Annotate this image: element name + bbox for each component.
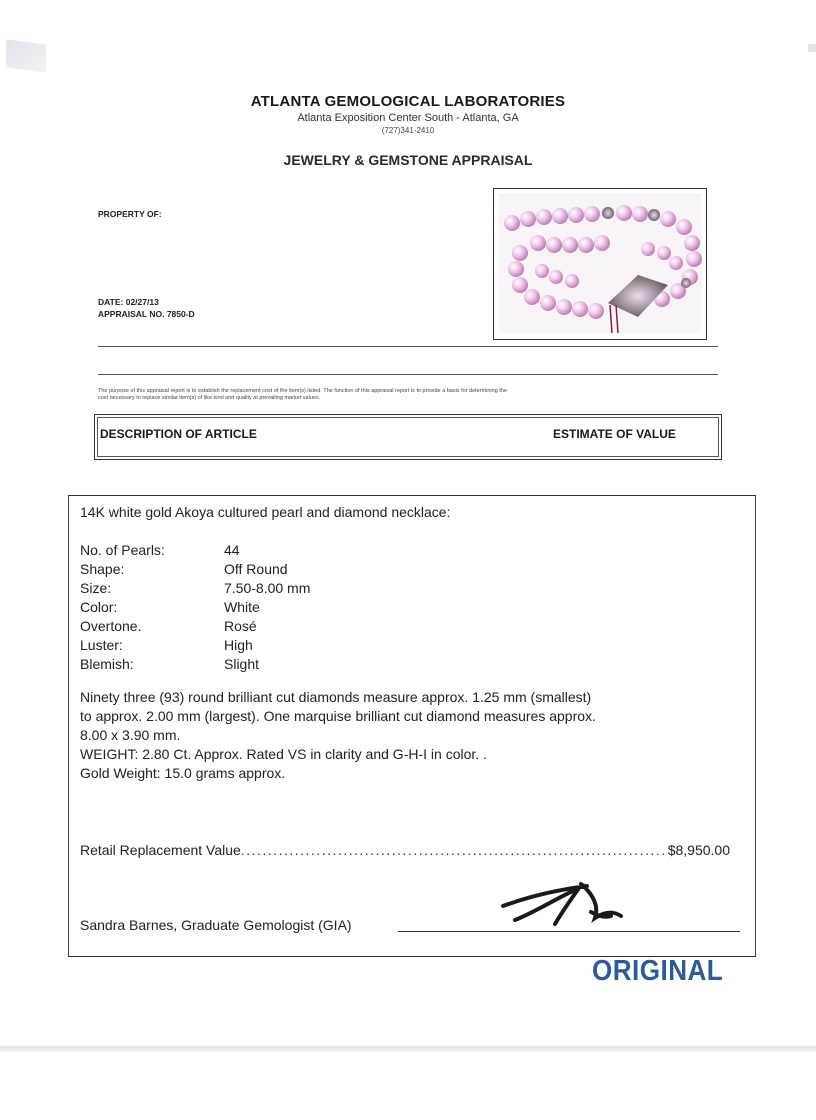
retail-replacement-value: Retail Replacement Value ...............… — [80, 842, 730, 858]
scan-artifact — [808, 44, 816, 52]
appraisal-number-field: APPRAISAL NO. 7850-D — [98, 309, 195, 319]
divider — [98, 374, 718, 375]
spec-value: High — [224, 637, 253, 653]
description-column-header: DESCRIPTION OF ARTICLE — [100, 427, 257, 441]
spec-label: Size: — [80, 580, 111, 596]
document-title: JEWELRY & GEMSTONE APPRAISAL — [0, 152, 816, 168]
lab-name: ATLANTA GEMOLOGICAL LABORATORIES — [0, 93, 816, 110]
spec-value: 7.50-8.00 mm — [224, 580, 310, 596]
disclaimer-text: The purpose of this appraisal report is … — [98, 388, 428, 402]
handwritten-signature — [495, 872, 625, 934]
diamond-description: Ninety three (93) round brilliant cut di… — [80, 688, 730, 783]
property-of-label: PROPERTY OF: — [98, 209, 162, 219]
item-photo — [498, 193, 702, 333]
spec-label: No. of Pearls: — [80, 542, 165, 558]
date-label: DATE: — [98, 297, 123, 307]
spec-value: White — [224, 599, 260, 615]
spec-value: Off Round — [224, 561, 288, 577]
appraisal-number-label: APPRAISAL NO. — [98, 309, 164, 319]
disclaimer-line-2: cost necessary to replace similar item(s… — [98, 395, 428, 402]
spec-label: Shape: — [80, 561, 124, 577]
pearl-necklace-image — [498, 193, 702, 333]
spec-value: Slight — [224, 656, 259, 672]
spec-label: Overtone. — [80, 618, 141, 634]
signer-name: Sandra Barnes, Graduate Gemologist (GIA) — [80, 917, 352, 933]
leader-dots: ........................................… — [241, 842, 668, 858]
paragraph-line: 8.00 x 3.90 mm. — [80, 726, 730, 745]
date-field: DATE: 02/27/13 — [98, 297, 159, 307]
disclaimer-line-1: The purpose of this appraisal report is … — [98, 388, 712, 395]
spec-value: Rosé — [224, 618, 257, 634]
spec-label: Luster: — [80, 637, 123, 653]
divider — [98, 346, 718, 347]
date-value: 02/27/13 — [126, 297, 159, 307]
estimate-column-header: ESTIMATE OF VALUE — [553, 427, 676, 441]
original-stamp: ORIGINAL — [592, 955, 723, 988]
appraisal-number-value: 7850-D — [167, 309, 195, 319]
item-photo-frame — [493, 188, 707, 340]
paragraph-line: to approx. 2.00 mm (largest). One marqui… — [80, 707, 730, 726]
scan-artifact — [6, 39, 46, 73]
retail-value-amount: $8,950.00 — [668, 842, 730, 858]
scan-edge — [0, 1046, 816, 1052]
paragraph-line: WEIGHT: 2.80 Ct. Approx. Rated VS in cla… — [80, 745, 730, 764]
paragraph-line: Ninety three (93) round brilliant cut di… — [80, 688, 730, 707]
retail-value-label: Retail Replacement Value — [80, 842, 241, 858]
article-title: 14K white gold Akoya cultured pearl and … — [80, 504, 450, 520]
spec-label: Color: — [80, 599, 117, 615]
spec-value: 44 — [224, 542, 240, 558]
lab-address: Atlanta Exposition Center South - Atlant… — [0, 112, 816, 124]
lab-phone: (727)341-2410 — [0, 126, 816, 135]
paragraph-line: Gold Weight: 15.0 grams approx. — [80, 764, 730, 783]
spec-label: Blemish: — [80, 656, 134, 672]
